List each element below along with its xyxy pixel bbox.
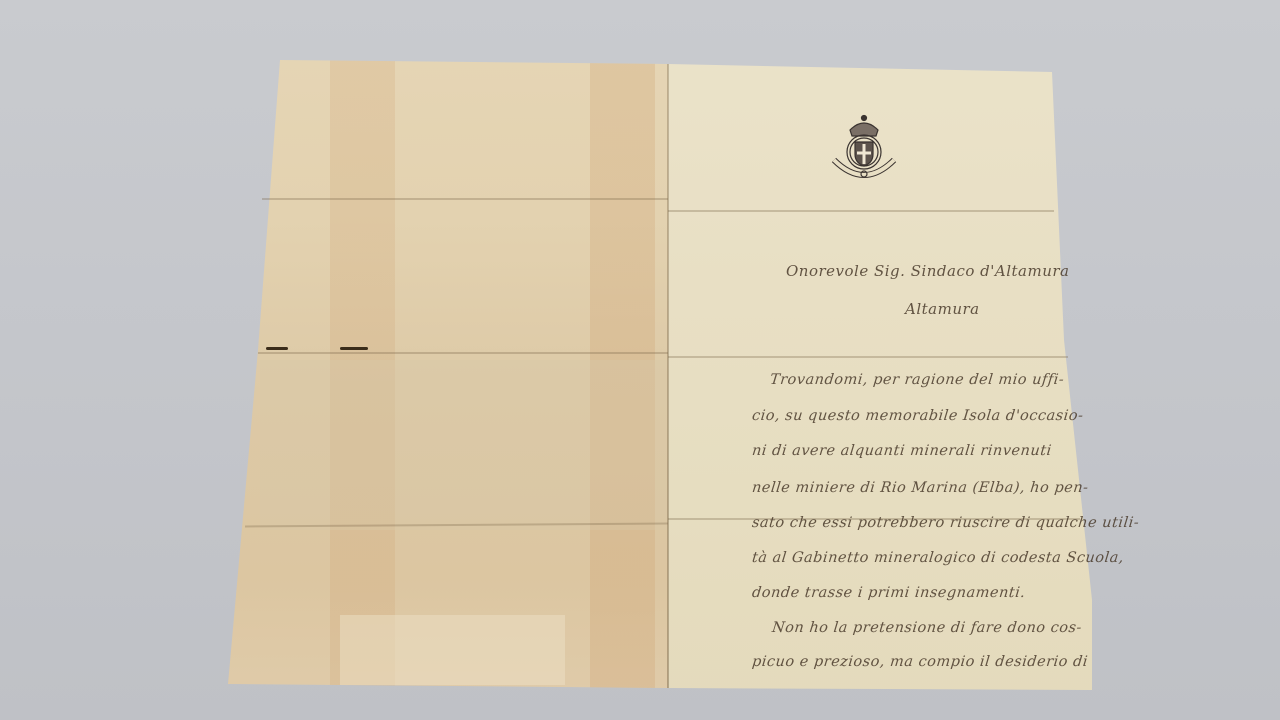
letter-line: donde trasse i primi insegnamenti. bbox=[751, 585, 1026, 601]
fold-crease bbox=[668, 356, 1068, 358]
paper-stain bbox=[340, 615, 565, 685]
letter-line: picuo e prezioso, ma compio il desiderio… bbox=[751, 654, 1089, 670]
letter-line: Non ho la pretensione di fare dono cos- bbox=[771, 620, 1083, 636]
letter-sheet: Onorevole Sig. Sindaco d'Altamura Altamu… bbox=[0, 0, 1280, 720]
letter-line: sato che essi potrebbero riuscire di qua… bbox=[751, 515, 1140, 531]
paper-stain bbox=[260, 360, 670, 530]
letter-line: tà al Gabinetto mineralogico di codesta … bbox=[751, 550, 1125, 566]
letter-place: Altamura bbox=[905, 300, 980, 318]
fold-crease bbox=[258, 352, 668, 354]
letter-line: nelle miniere di Rio Marina (Elba), ho p… bbox=[751, 480, 1089, 496]
letter-salutation: Onorevole Sig. Sindaco d'Altamura bbox=[786, 262, 1070, 280]
letter-line: cio, su questo memorabile Isola d'occasi… bbox=[751, 408, 1084, 424]
fold-crease bbox=[262, 198, 668, 200]
letter-line: ni di avere alquanti minerali rinvenuti bbox=[751, 443, 1052, 459]
paper-tear bbox=[262, 347, 372, 351]
vertical-fold-crease bbox=[667, 64, 669, 688]
letter-line: Trovandomi, per ragione del mio uffi- bbox=[769, 372, 1065, 388]
letterhead-crest-icon bbox=[824, 108, 904, 184]
photo-scene: Onorevole Sig. Sindaco d'Altamura Altamu… bbox=[0, 0, 1280, 720]
fold-crease bbox=[668, 210, 1054, 212]
